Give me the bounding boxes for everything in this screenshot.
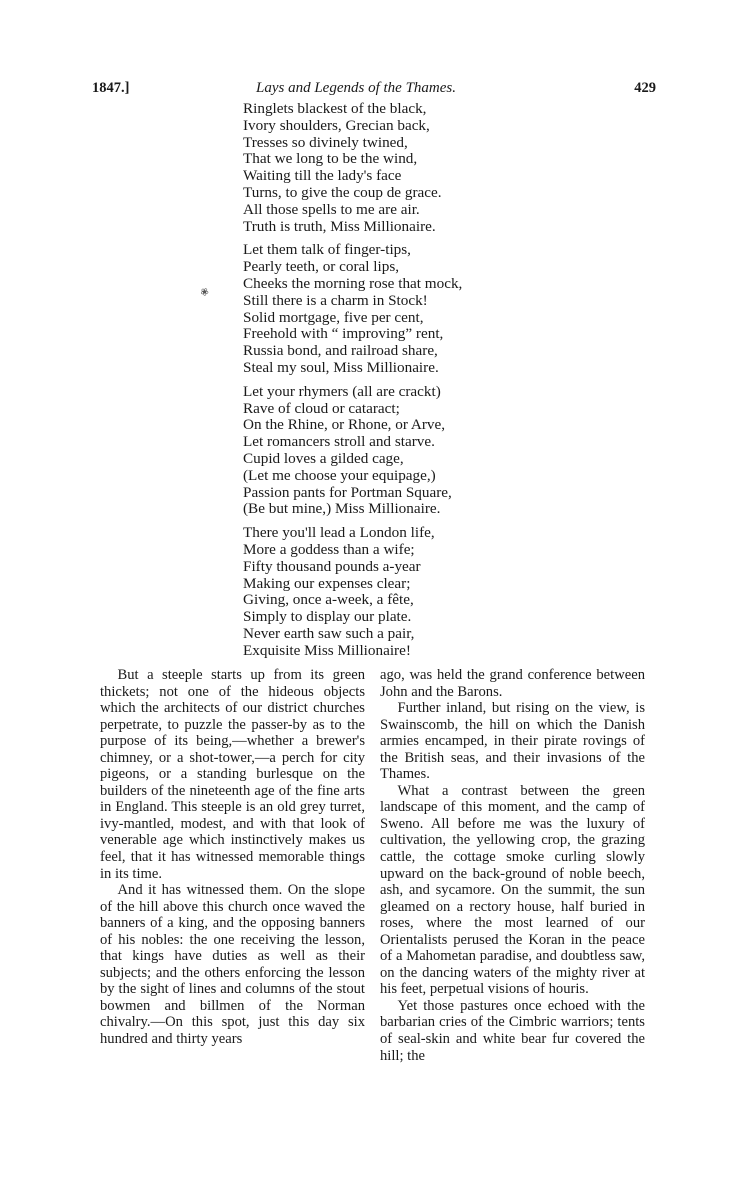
poem-line: Russia bond, and railroad share, [243, 343, 543, 360]
poem-line: Still there is a charm in Stock! [243, 293, 543, 310]
poem-line: Pearly teeth, or coral lips, [243, 259, 543, 276]
poem-line: Turns, to give the coup de grace. [243, 185, 543, 202]
poem-line: More a goddess than a wife; [243, 542, 543, 559]
poem-line: Ivory shoulders, Grecian back, [243, 118, 543, 135]
poem: Ringlets blackest of the black, Ivory sh… [243, 101, 543, 667]
ornament-icon: ❀ [198, 286, 211, 300]
poem-line: Truth is truth, Miss Millionaire. [243, 219, 543, 236]
poem-line: Let romancers stroll and starve. [243, 434, 543, 451]
poem-line: Making our expenses clear; [243, 576, 543, 593]
poem-line: Freehold with “ improving” rent, [243, 326, 543, 343]
poem-line: (Be but mine,) Miss Millionaire. [243, 501, 543, 518]
poem-line: Rave of cloud or cataract; [243, 401, 543, 418]
paragraph: Yet those pastures once echoed with the … [380, 998, 645, 1064]
page-number: 429 [634, 80, 656, 97]
poem-stanza: There you'll lead a London life, More a … [243, 525, 543, 659]
paragraph: What a contrast between the green landsc… [380, 783, 645, 998]
poem-line: Passion pants for Portman Square, [243, 485, 543, 502]
poem-stanza: Let them talk of finger-tips, Pearly tee… [243, 242, 543, 376]
running-head-title: Lays and Legends of the Thames. [256, 80, 456, 97]
poem-line: (Let me choose your equipage,) [243, 468, 543, 485]
poem-line: There you'll lead a London life, [243, 525, 543, 542]
poem-line: Let your rhymers (all are crackt) [243, 384, 543, 401]
paragraph: And it has witnessed them. On the slope … [100, 882, 365, 1047]
poem-line: Let them talk of finger-tips, [243, 242, 543, 259]
paragraph: ago, was held the grand conference betwe… [380, 667, 645, 700]
poem-line: Never earth saw such a pair, [243, 626, 543, 643]
poem-line: Simply to display our plate. [243, 609, 543, 626]
poem-line: Ringlets blackest of the black, [243, 101, 543, 118]
running-head: 1847.] Lays and Legends of the Thames. 4… [92, 80, 656, 100]
poem-line: Waiting till the lady's face [243, 168, 543, 185]
paragraph: Further inland, but rising on the view, … [380, 700, 645, 783]
poem-line: Giving, once a-week, a fête, [243, 592, 543, 609]
poem-line: Fifty thousand pounds a-year [243, 559, 543, 576]
poem-line: Steal my soul, Miss Millionaire. [243, 360, 543, 377]
book-page: 1847.] Lays and Legends of the Thames. 4… [0, 0, 750, 1179]
poem-line: Cupid loves a gilded cage, [243, 451, 543, 468]
prose-column-right: ago, was held the grand conference betwe… [380, 667, 645, 1064]
running-head-year: 1847.] [92, 80, 129, 97]
poem-line: Tresses so divinely twined, [243, 135, 543, 152]
poem-stanza: Ringlets blackest of the black, Ivory sh… [243, 101, 543, 235]
poem-line: Cheeks the morning rose that mock, [243, 276, 543, 293]
paragraph: But a steeple starts up from its green t… [100, 667, 365, 882]
prose-column-left: But a steeple starts up from its green t… [100, 667, 365, 1048]
poem-stanza: Let your rhymers (all are crackt) Rave o… [243, 384, 543, 518]
poem-line: Solid mortgage, five per cent, [243, 310, 543, 327]
poem-line: That we long to be the wind, [243, 151, 543, 168]
poem-line: Exquisite Miss Millionaire! [243, 643, 543, 660]
poem-line: On the Rhine, or Rhone, or Arve, [243, 417, 543, 434]
poem-line: All those spells to me are air. [243, 202, 543, 219]
